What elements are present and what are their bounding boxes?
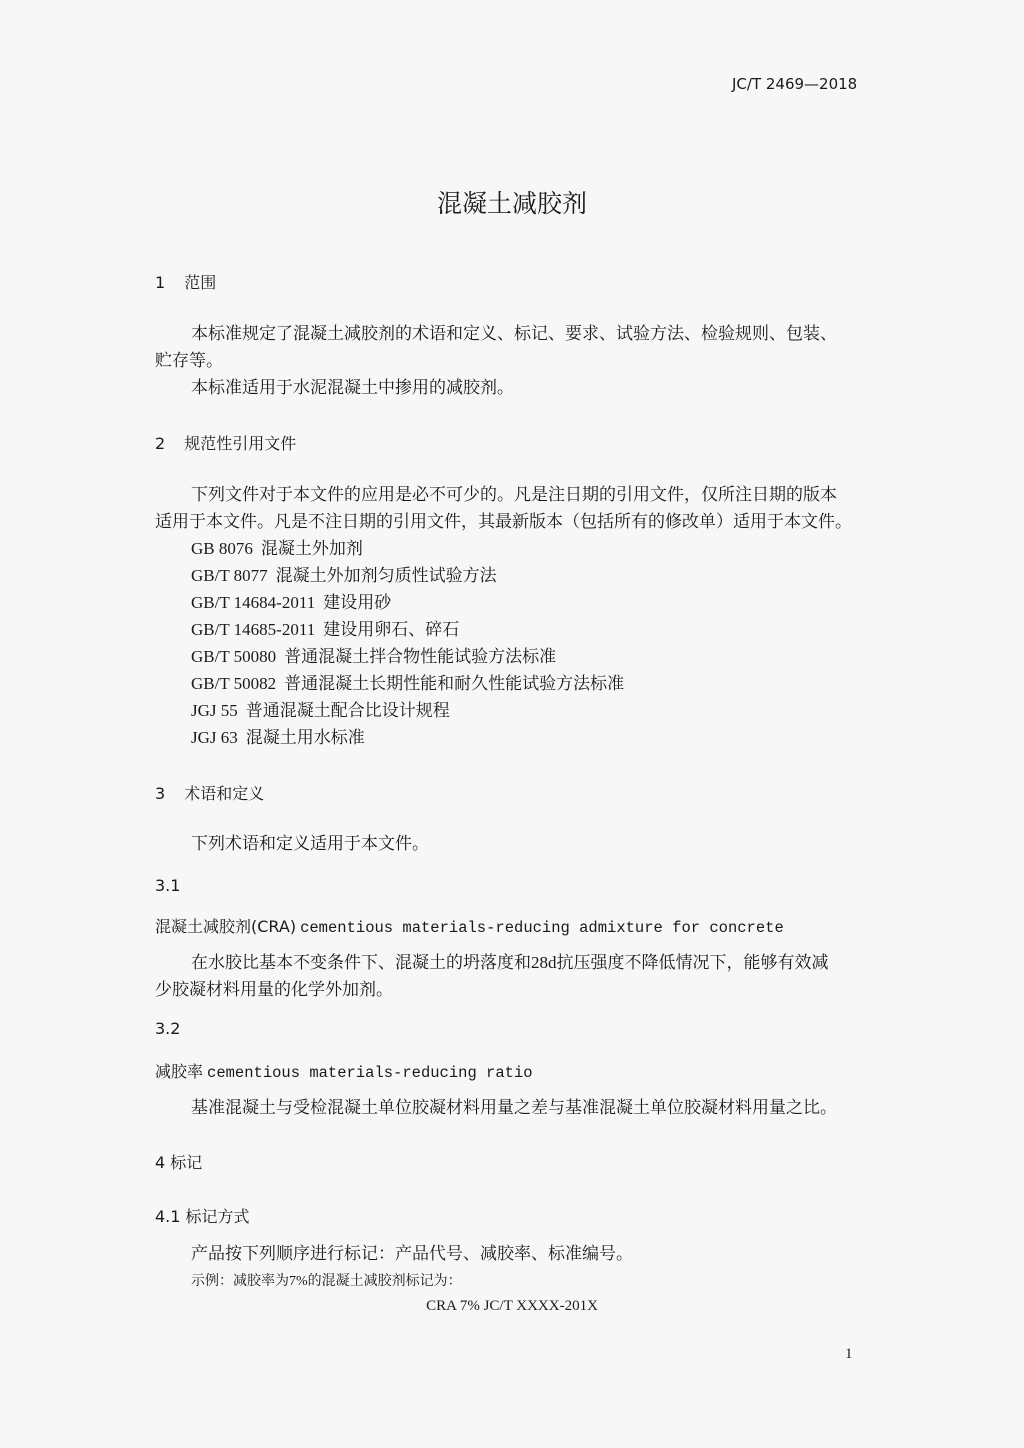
reference-code: JGJ 63 bbox=[191, 724, 238, 751]
reference-code: GB/T 50082 bbox=[191, 670, 276, 697]
section-2-title: 规范性引用文件 bbox=[184, 434, 296, 453]
term-3-1-definition-line1: 在水胶比基本不变条件下、混凝土的坍落度和28d抗压强度不降低情况下，能够有效减 bbox=[191, 949, 829, 976]
reference-title: 建设用卵石、碎石 bbox=[323, 620, 459, 639]
reference-title: 混凝土外加剂 bbox=[261, 539, 363, 558]
section-4-heading: 4 标记 bbox=[155, 1150, 202, 1173]
reference-list: GB 8076混凝土外加剂 GB/T 8077混凝土外加剂匀质性试验方法 GB/… bbox=[191, 535, 624, 751]
reference-title: 普通混凝土拌合物性能试验方法标准 bbox=[284, 647, 556, 666]
term-3-1-english: cementious materials-reducing admixture … bbox=[300, 919, 784, 937]
standard-number: JC/T 2469—2018 bbox=[732, 75, 857, 93]
section-1-title: 范围 bbox=[184, 273, 216, 292]
term-3-1-heading: 混凝土减胶剂(CRA) cementious materials-reducin… bbox=[155, 914, 784, 937]
page-number: 1 bbox=[845, 1346, 853, 1363]
term-3-2-english: cementious materials-reducing ratio bbox=[207, 1064, 533, 1082]
term-3-2-heading: 减胶率 cementious materials-reducing ratio bbox=[155, 1059, 533, 1082]
section-2-heading: 2 规范性引用文件 bbox=[155, 431, 296, 454]
reference-item: GB/T 14685-2011建设用卵石、碎石 bbox=[191, 616, 624, 643]
section-1-heading: 1 范围 bbox=[155, 270, 216, 293]
section-2-intro-line2: 适用于本文件。凡是不注日期的引用文件，其最新版本（包括所有的修改单）适用于本文件… bbox=[155, 508, 852, 535]
term-3-2-definition: 基准混凝土与受检混凝土单位胶凝材料用量之差与基准混凝土单位胶凝材料用量之比。 bbox=[191, 1094, 837, 1121]
term-3-2-number: 3.2 bbox=[155, 1019, 180, 1038]
term-3-2-chinese: 减胶率 bbox=[155, 1062, 203, 1081]
reference-item: JGJ 55普通混凝土配合比设计规程 bbox=[191, 697, 624, 724]
reference-item: GB/T 50080普通混凝土拌合物性能试验方法标准 bbox=[191, 643, 624, 670]
reference-code: GB/T 8077 bbox=[191, 562, 268, 589]
term-3-1-definition-line2: 少胶凝材料用量的化学外加剂。 bbox=[155, 976, 393, 1003]
section-3-number: 3 bbox=[155, 784, 165, 803]
section-4-1-heading: 4.1 标记方式 bbox=[155, 1204, 250, 1227]
reference-item: GB/T 14684-2011建设用砂 bbox=[191, 589, 624, 616]
reference-title: 普通混凝土配合比设计规程 bbox=[246, 701, 450, 720]
section-1-paragraph-line1: 本标准规定了混凝土减胶剂的术语和定义、标记、要求、试验方法、检验规则、包装、 bbox=[191, 320, 837, 347]
reference-title: 建设用砂 bbox=[323, 593, 391, 612]
section-3-title: 术语和定义 bbox=[184, 784, 264, 803]
reference-title: 混凝土用水标准 bbox=[246, 728, 365, 747]
document-title: 混凝土减胶剂 bbox=[0, 184, 1024, 220]
section-4-1-paragraph: 产品按下列顺序进行标记：产品代号、减胶率、标准编号。 bbox=[191, 1240, 633, 1267]
reference-code: GB/T 14684-2011 bbox=[191, 589, 315, 616]
reference-code: GB/T 50080 bbox=[191, 643, 276, 670]
reference-code: GB/T 14685-2011 bbox=[191, 616, 315, 643]
term-3-1-number: 3.1 bbox=[155, 876, 180, 895]
reference-item: GB 8076混凝土外加剂 bbox=[191, 535, 624, 562]
section-4-1-example: 示例：减胶率为7%的混凝土减胶剂标记为： bbox=[191, 1270, 462, 1290]
section-1-paragraph-line2: 贮存等。 bbox=[155, 347, 223, 374]
reference-item: JGJ 63混凝土用水标准 bbox=[191, 724, 624, 751]
reference-title: 普通混凝土长期性能和耐久性能试验方法标准 bbox=[284, 674, 624, 693]
section-1-paragraph-2: 本标准适用于水泥混凝土中掺用的减胶剂。 bbox=[191, 374, 514, 401]
section-3-heading: 3 术语和定义 bbox=[155, 781, 264, 804]
marking-example: CRA 7% JC/T XXXX-201X bbox=[0, 1298, 1024, 1315]
reference-item: GB/T 50082普通混凝土长期性能和耐久性能试验方法标准 bbox=[191, 670, 624, 697]
reference-code: JGJ 55 bbox=[191, 697, 238, 724]
reference-code: GB 8076 bbox=[191, 535, 253, 562]
section-3-intro: 下列术语和定义适用于本文件。 bbox=[191, 830, 429, 857]
section-1-number: 1 bbox=[155, 273, 165, 292]
term-3-1-chinese: 混凝土减胶剂(CRA) bbox=[155, 917, 296, 936]
section-2-intro-line1: 下列文件对于本文件的应用是必不可少的。凡是注日期的引用文件，仅所注日期的版本 bbox=[191, 481, 837, 508]
section-2-number: 2 bbox=[155, 434, 165, 453]
reference-title: 混凝土外加剂匀质性试验方法 bbox=[276, 566, 497, 585]
reference-item: GB/T 8077混凝土外加剂匀质性试验方法 bbox=[191, 562, 624, 589]
